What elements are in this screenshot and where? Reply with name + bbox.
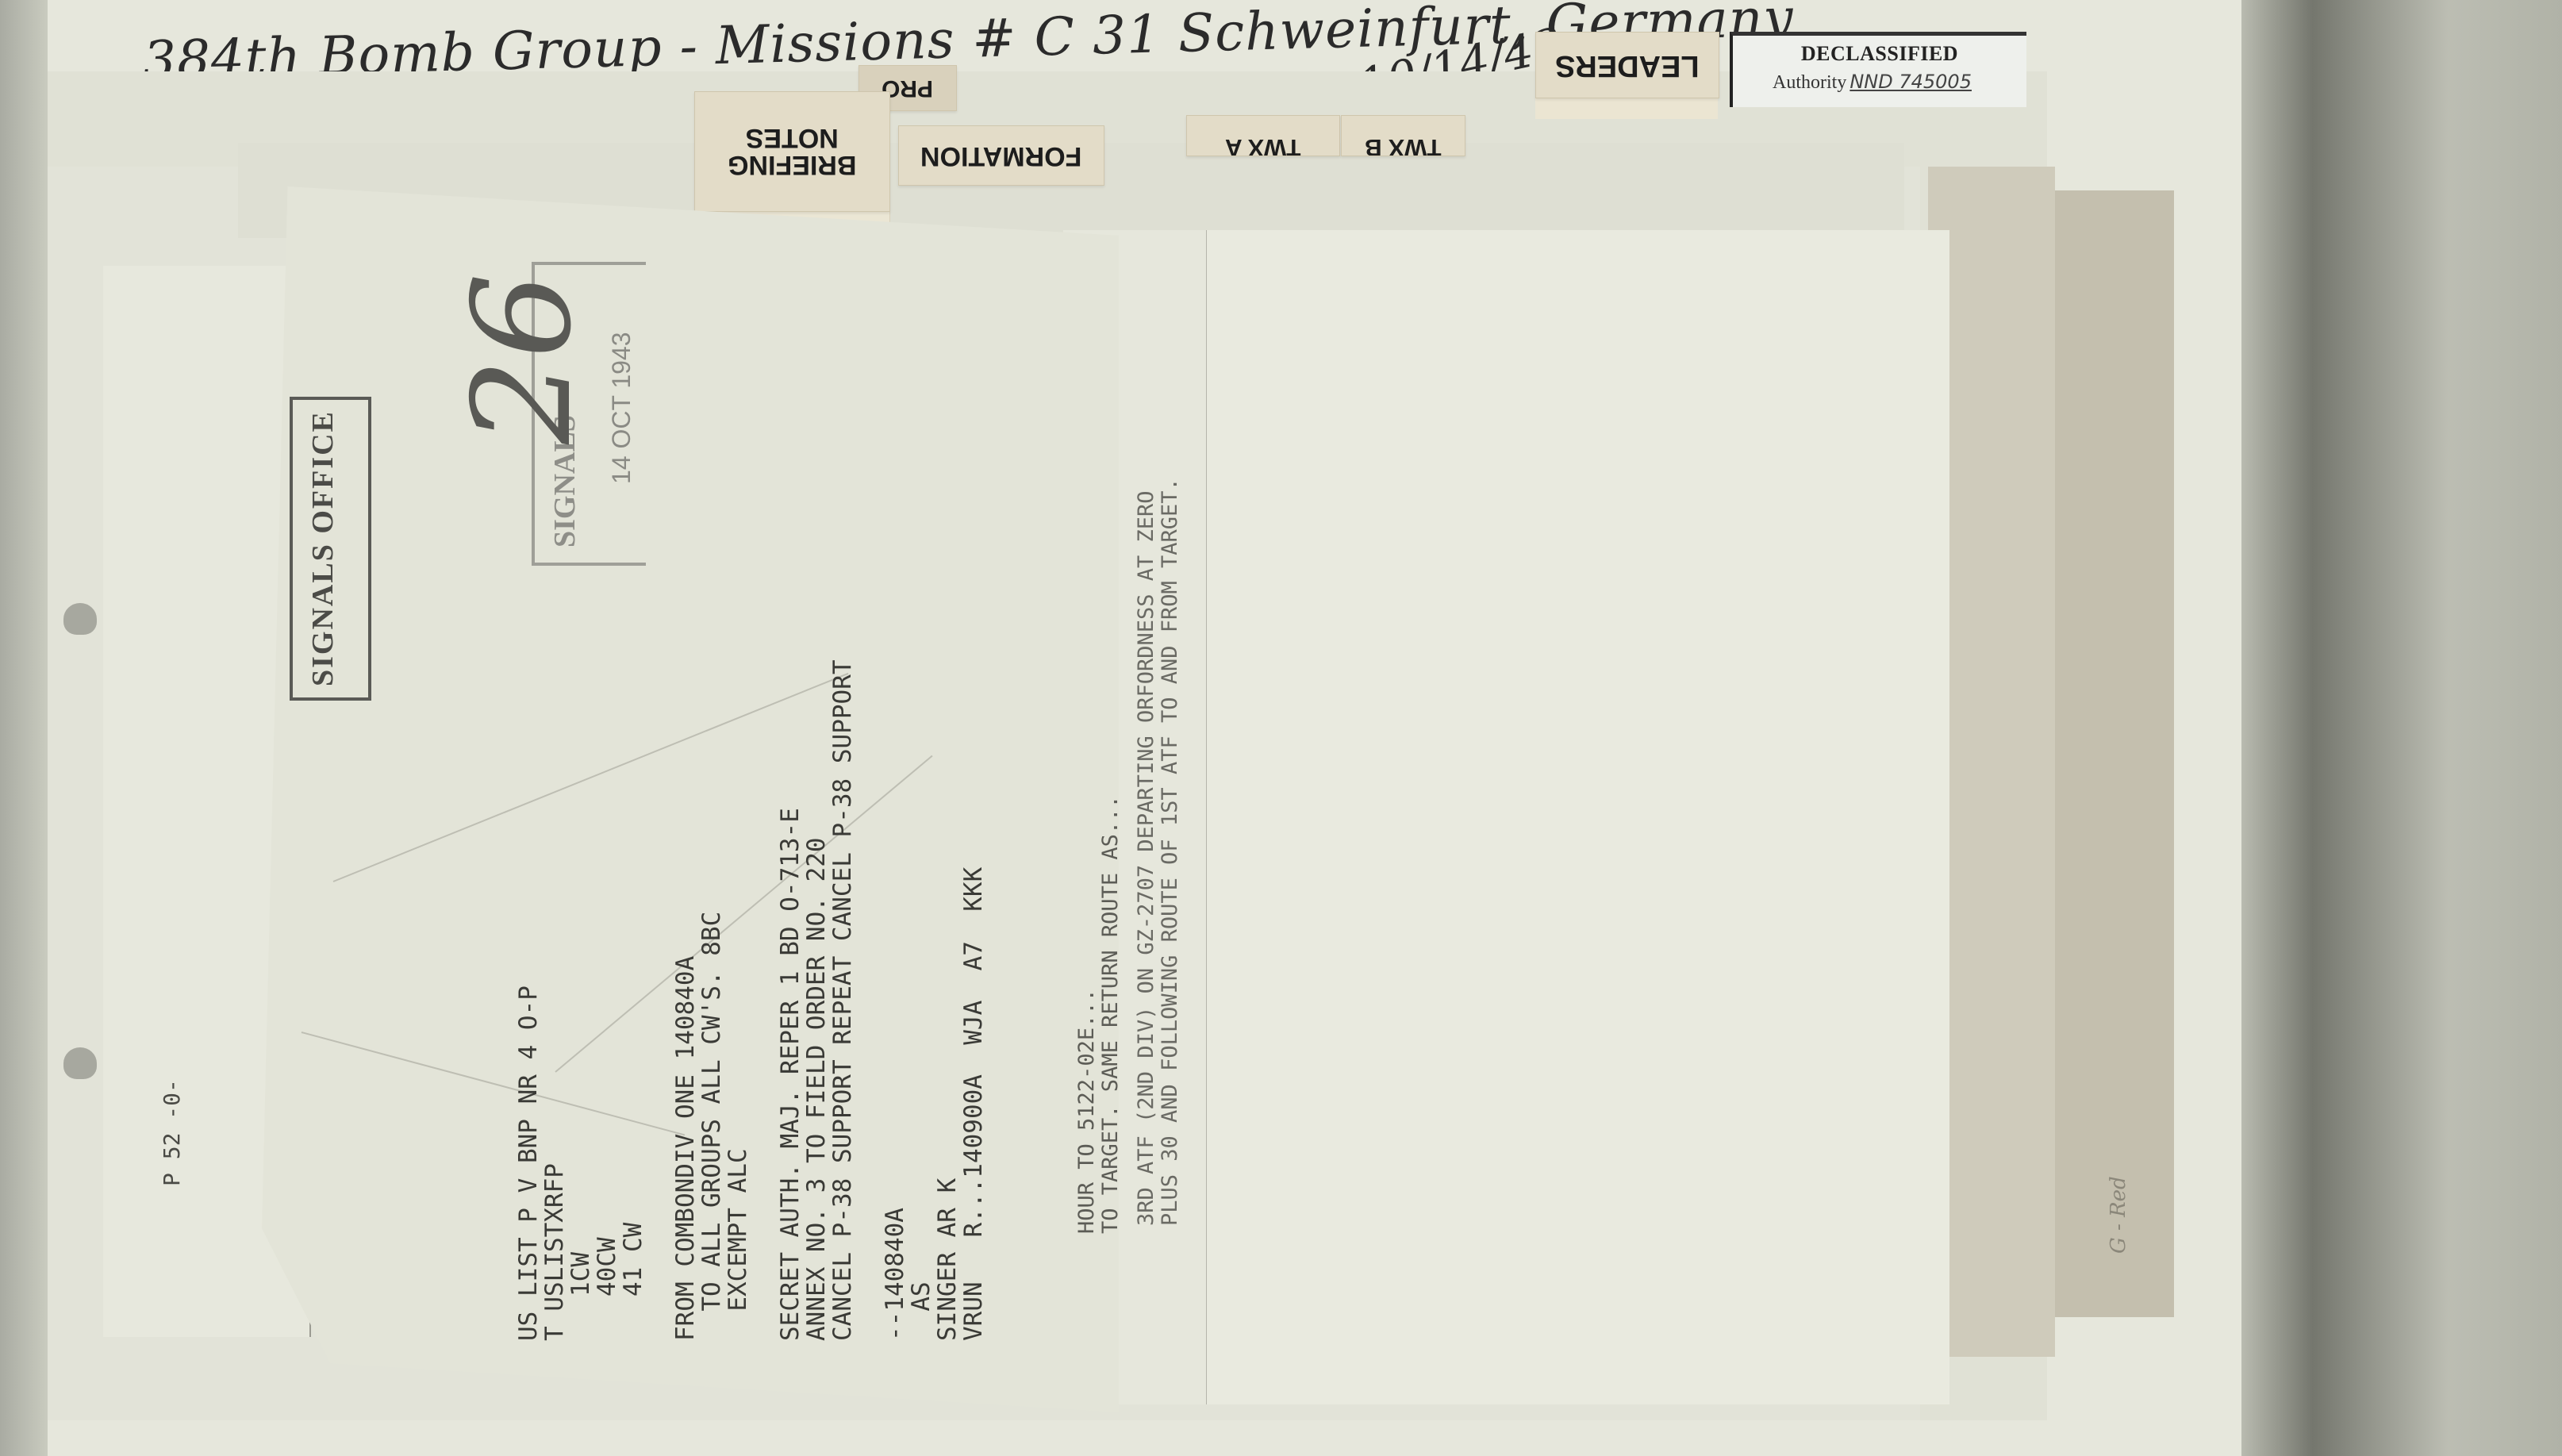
telegram-reference: P 52 -0- — [159, 1079, 185, 1186]
left-background-strip — [0, 0, 48, 1456]
tab-briefing-notes[interactable]: BRIEFING NOTES — [694, 91, 890, 212]
declassified-title: DECLASSIFIED — [1733, 42, 2026, 66]
tab-leaders[interactable]: LEADERS — [1535, 32, 1719, 98]
tab-label-line: NOTES — [728, 125, 856, 152]
tab-formation[interactable]: FORMATION — [898, 125, 1104, 186]
telegram-line: EXCEMPT ALC — [725, 659, 751, 1341]
handwritten-number: 26 — [444, 273, 601, 444]
declassified-label: DECLASSIFIED AuthorityNND 745005 — [1730, 32, 2026, 107]
telegram-line: PLUS 30 AND FOLLOWING ROUTE OF 1ST ATF T… — [1158, 478, 1182, 1226]
marble-background — [2241, 0, 2562, 1456]
spacer — [856, 659, 882, 1341]
telegram-line: TO TARGET. SAME RETURN ROUTE AS... — [1099, 795, 1123, 1234]
punch-hole — [63, 603, 97, 635]
telegram-continuation: HOUR TO 5122-02E...TO TARGET. SAME RETUR… — [1075, 795, 1123, 1234]
telegram-body: US LIST P V BNP NR 4 O-PT USLISTXRFP 1CW… — [516, 659, 987, 1341]
tab-label-line: BRIEFING — [728, 152, 856, 179]
spacer — [751, 659, 778, 1341]
telegram-line: VRUN R...140900A WJA A7 KKK — [961, 659, 987, 1341]
authority-line: AuthorityNND 745005 — [1773, 71, 1972, 94]
tab-label: TWX A — [1225, 133, 1301, 156]
telegram-line: TO ALL GROUPS ALL CW'S. 8BC — [699, 659, 725, 1341]
tab-label: FORMATION — [920, 140, 1081, 171]
tab-label: LEADERS — [1555, 48, 1700, 83]
telegram-line: US LIST P V BNP NR 4 O-P — [516, 659, 542, 1341]
telegram-line: AS — [908, 659, 935, 1341]
telegram-line: 41 CW — [620, 659, 647, 1341]
telegram-line: FROM COMBONDIV ONE 140840A — [673, 659, 699, 1341]
telegram-line: CANCEL P-38 SUPPORT REPEAT CANCEL P-38 S… — [830, 659, 856, 1341]
telegram-line: ANNEX NO. 3 TO FIELD ORDER NO. 220 — [804, 659, 830, 1341]
telegram-line: HOUR TO 5122-02E... — [1075, 795, 1099, 1234]
telegram-right-text: 3RD ATF (2ND DIV) ON GZ-2707 DEPARTING O… — [1135, 478, 1182, 1226]
telegram-line: 40CW — [594, 659, 620, 1341]
pencil-note: G - Red — [2107, 1176, 2130, 1254]
tab-base — [1535, 97, 1718, 119]
authority-value: NND 745005 — [1849, 71, 1972, 93]
tab-twx-a[interactable]: TWX A — [1186, 115, 1340, 156]
telegram-line: 3RD ATF (2ND DIV) ON GZ-2707 DEPARTING O… — [1135, 478, 1158, 1226]
blank-page — [1119, 230, 1949, 1404]
tab-label: BRIEFING NOTES — [728, 125, 856, 179]
telegram-line: 1CW — [568, 659, 594, 1341]
spacer — [647, 659, 673, 1341]
authority-label: Authority — [1773, 72, 1846, 93]
tan-sheet — [2055, 190, 2174, 1317]
telegram-line: T USLISTXRFP — [542, 659, 568, 1341]
telegram-line: --140840A — [882, 659, 908, 1341]
tab-twx-b[interactable]: TWX B — [1341, 115, 1465, 156]
punch-hole — [63, 1047, 97, 1079]
tab-label: TWX B — [1365, 133, 1442, 156]
telegram-line: SECRET AUTH. MAJ. REPER 1 BD O-713-E — [778, 659, 804, 1341]
telegram-line: SINGER AR K — [935, 659, 961, 1341]
date-stamp-value: 14 OCT 1943 — [607, 332, 636, 484]
signals-office-stamp: SIGNALS OFFICE — [305, 410, 340, 686]
